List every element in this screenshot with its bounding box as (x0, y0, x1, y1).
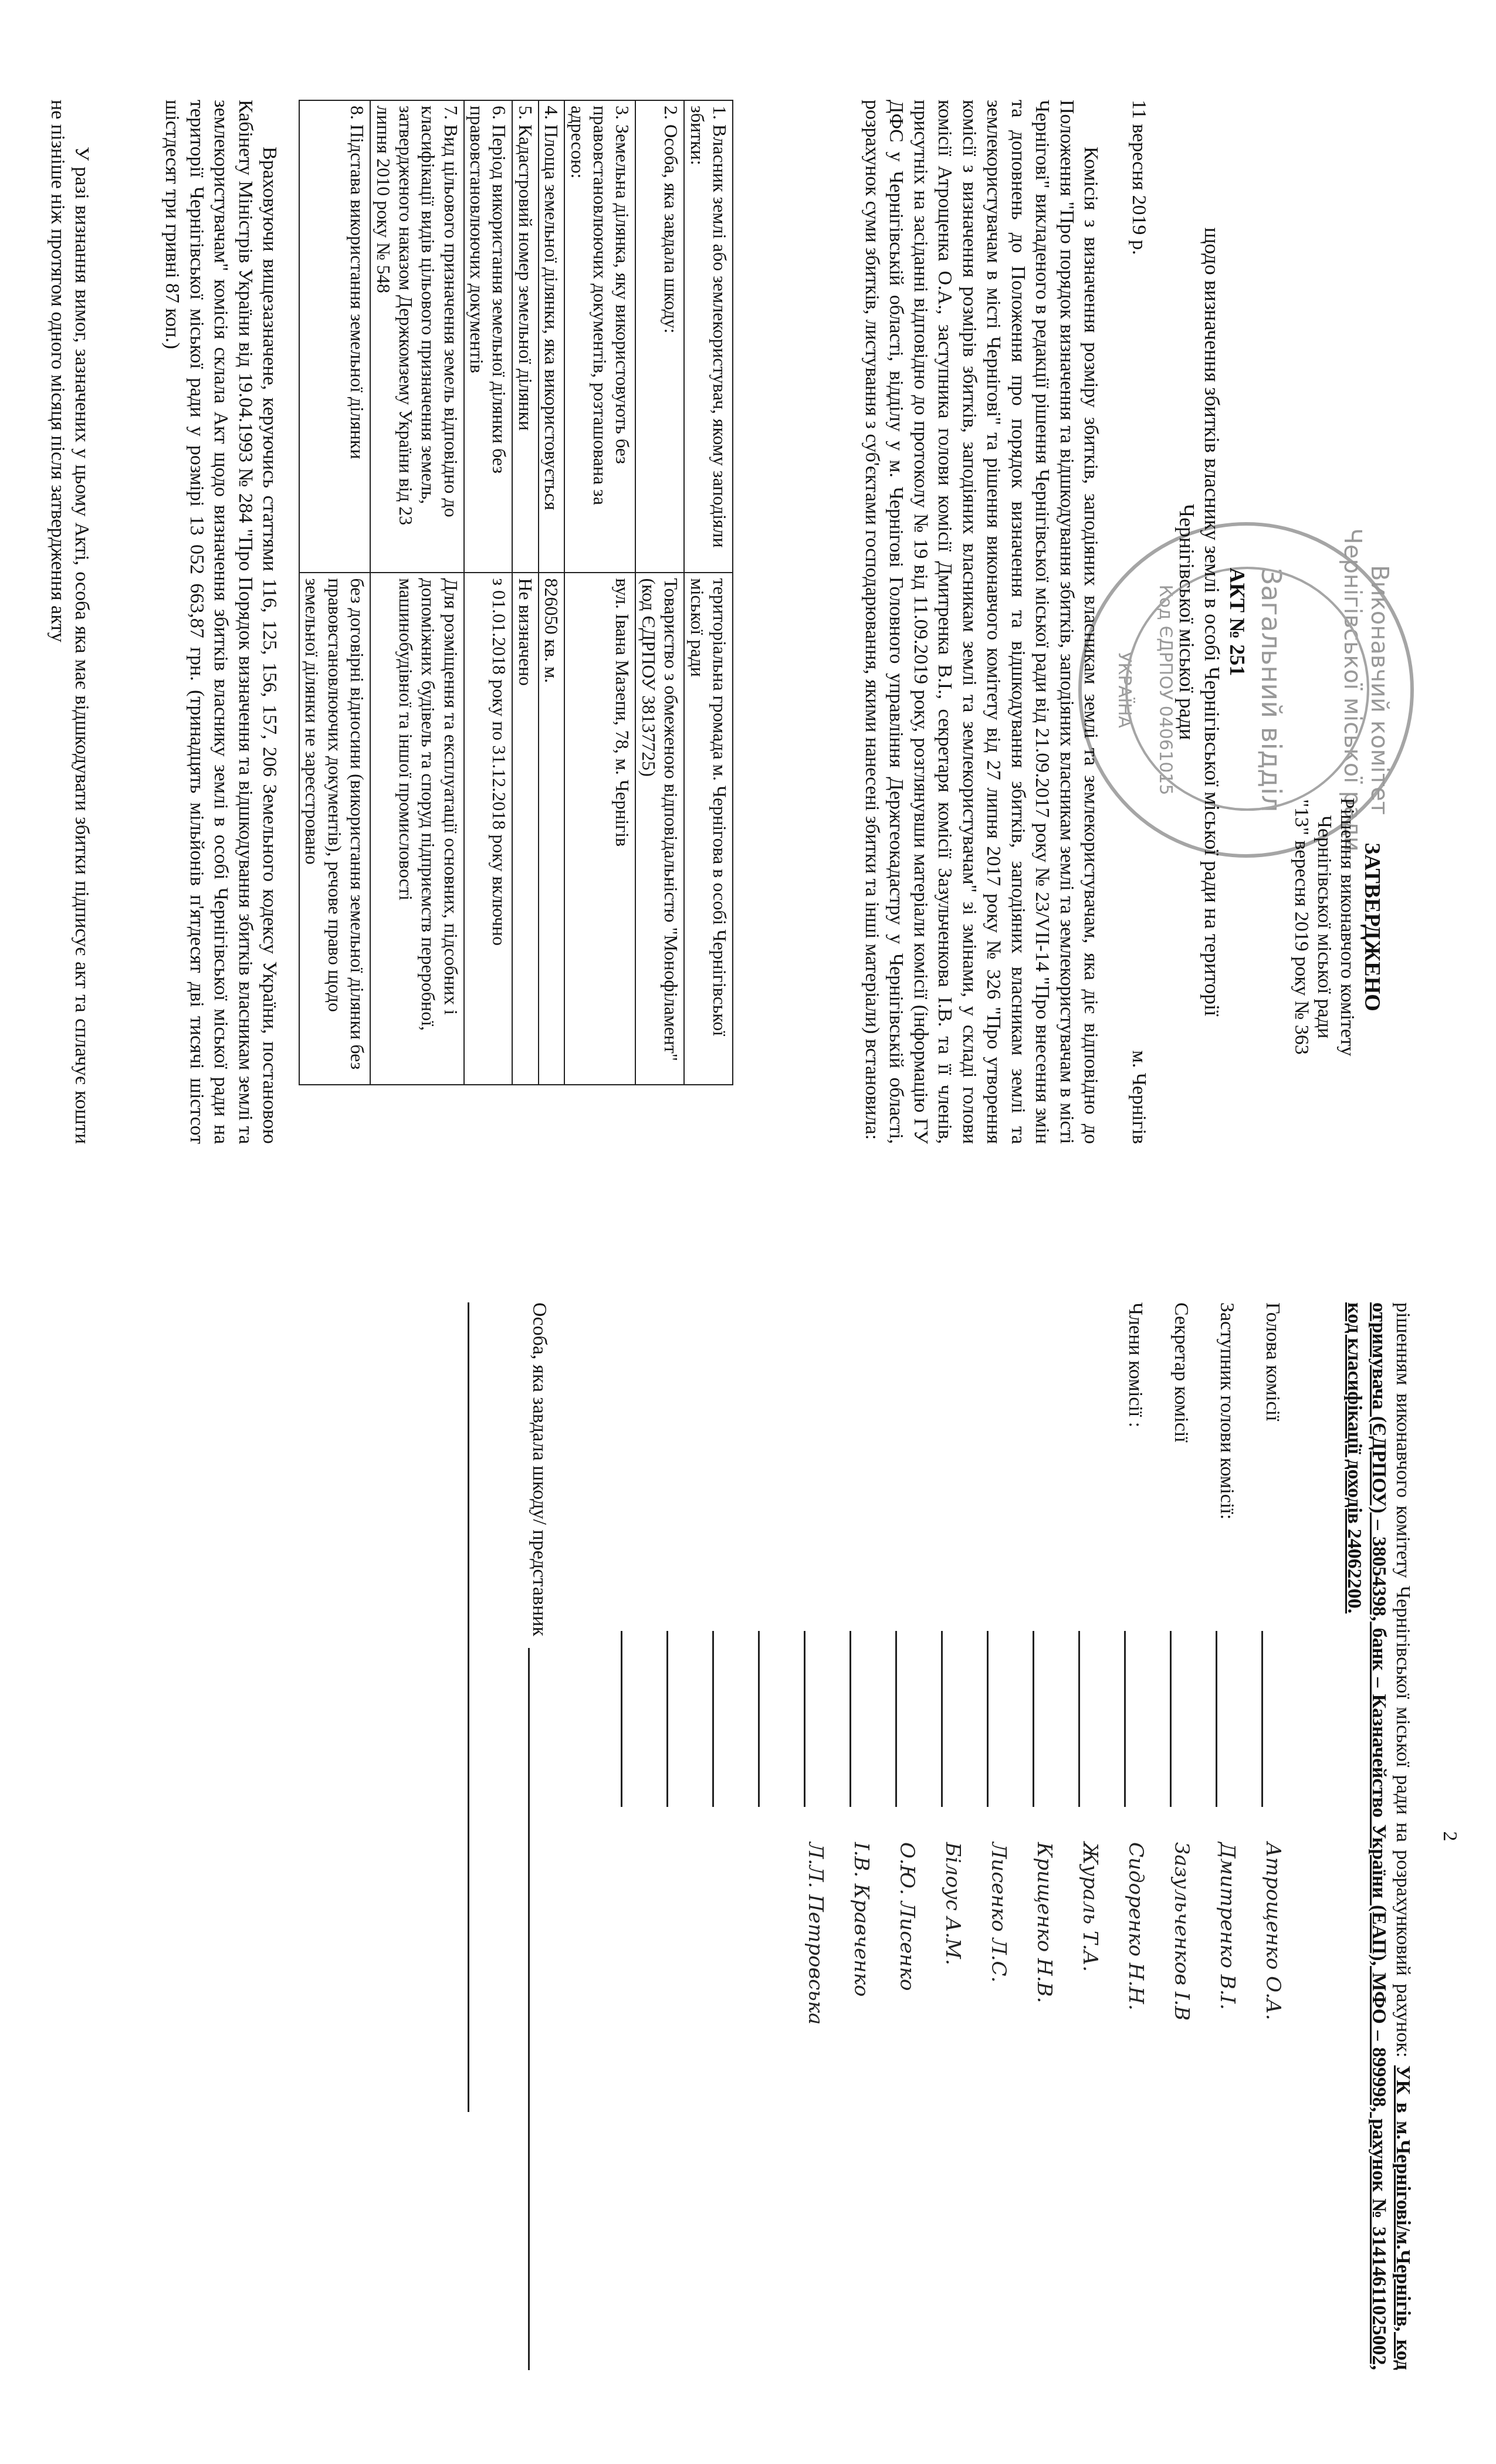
table-row: 5. Кадастровий номер земельної ділянкиНе… (512, 100, 538, 1085)
signature-row: І.В. Кравченко (849, 1302, 895, 2370)
signature-role: Члени комісії : (1124, 1302, 1146, 1631)
approval-title: ЗАТВЕРДЖЕНО (1359, 716, 1385, 1138)
scanned-document-sheet: Виконавчий комітет Чернігівської міської… (0, 0, 1496, 2464)
signatory-name: Жураль Т.А. (1078, 1842, 1102, 2065)
table-value: Товариство з обмеженою відповідальністю … (635, 573, 684, 1085)
signatory-name: Зазульченков І.В (1170, 1842, 1193, 2065)
signatory-name: І.В. Кравченко (849, 1842, 873, 2065)
table-value: Для розміщення та експлуатації основних,… (370, 573, 464, 1085)
approval-line-2: Чернігівської міської ради (1313, 716, 1336, 1138)
signature-line (758, 1631, 783, 1807)
signature-row: Голова комісіїАтрощенко О.А. (1261, 1302, 1307, 2370)
signatory-name: Л.Л. Петровська (804, 1842, 827, 2065)
table-row: 6. Період використання земельної ділянки… (464, 100, 513, 1085)
signature-row: Крищенко Н.В. (1033, 1302, 1078, 2370)
signature-line (804, 1631, 829, 1807)
act-city: м. Чернігів (1128, 1050, 1150, 1144)
blank-line (468, 1302, 481, 2112)
act-subtitle-1: щодо визначення збитків власнику землі в… (1199, 100, 1224, 1144)
approval-block: ЗАТВЕРДЖЕНО Рішення виконавчого комітету… (1290, 716, 1385, 1138)
act-title-block: АКТ № 251 щодо визначення збитків власни… (1173, 100, 1250, 1144)
signatory-name: Дмитренко В.І. (1216, 1842, 1239, 2065)
signature-row: Секретар комісіїЗазульченков І.В (1170, 1302, 1216, 2370)
signature-row (666, 1302, 712, 2370)
page-1: Виконавчий комітет Чернігівської міської… (0, 0, 1496, 1232)
table-key: 3. Земельна ділянка, яку використовують … (564, 100, 635, 573)
signatory-name: Сидоренко Н.Н. (1124, 1842, 1148, 2065)
table-row: 2. Особа, яка завдала шкоду:Товариство з… (635, 100, 684, 1085)
bank-details: рішенням виконавчого комітету Чернігівсь… (1342, 1302, 1415, 2370)
signature-line (666, 1631, 692, 1807)
signature-line (1124, 1631, 1149, 1807)
signature-line (849, 1631, 875, 1807)
intro-paragraph: Комісія з визначення розміру збитків, за… (859, 100, 1103, 1144)
act-date-line: 11 вересня 2019 р. м. Чернігів (1128, 100, 1150, 1144)
signature-line (712, 1631, 737, 1807)
approval-date: "13" вересня 2019 року № 363 (1290, 716, 1313, 1138)
offender-signature: Особа, яка завдала шкоду/ представник (528, 1302, 550, 2370)
act-number: АКТ № 251 (1224, 100, 1250, 1144)
signature-row: Білоус А.М. (941, 1302, 987, 2370)
table-key: 7. Вид цільового призначення земель відп… (370, 100, 464, 573)
signature-row (621, 1302, 666, 2370)
page-2: 2 рішенням виконавчого комітету Чернігів… (0, 1232, 1496, 2464)
page-number: 2 (1439, 1302, 1461, 2370)
table-value: Не визначено (512, 573, 538, 1085)
signatory-name: Білоус А.М. (941, 1842, 964, 2065)
table-value: 826050 кв. м. (539, 573, 564, 1085)
table-key: 5. Кадастровий номер земельної ділянки (512, 100, 538, 573)
table-value: без договірні відносини (використання зе… (299, 573, 370, 1085)
signatory-name: Атрощенко О.А. (1261, 1842, 1285, 2065)
table-key: 6. Період використання земельної ділянки… (464, 100, 513, 573)
signatory-name: Крищенко Н.В. (1033, 1842, 1056, 2065)
signature-line (1170, 1631, 1195, 1807)
signature-row: Жураль Т.А. (1078, 1302, 1124, 2370)
table-key: 2. Особа, яка завдала шкоду: (635, 100, 684, 573)
signature-line (941, 1631, 966, 1807)
signature-row: Лисенко Л.С. (987, 1302, 1033, 2370)
signature-list: Голова комісіїАтрощенко О.А.Заступник го… (621, 1302, 1307, 2370)
signature-row: Заступник голови комісії:Дмитренко В.І. (1216, 1302, 1261, 2370)
table-key: 1. Власник землі або землекористувач, як… (684, 100, 733, 573)
table-row: 1. Власник землі або землекористувач, як… (684, 100, 733, 1085)
offender-label: Особа, яка завдала шкоду/ представник (528, 1302, 550, 1636)
table-row: 7. Вид цільового призначення земель відп… (370, 100, 464, 1085)
bank-text: рішенням виконавчого комітету Чернігівсь… (1392, 1302, 1414, 2066)
act-date: 11 вересня 2019 р. (1128, 100, 1150, 255)
signatory-name: О.Ю. Лисенко (895, 1842, 919, 2065)
signature-line (895, 1631, 920, 1807)
signature-row: О.Ю. Лисенко (895, 1302, 941, 2370)
offender-signature-line (528, 1648, 547, 2370)
approval-line-1: Рішення виконавчого комітету (1336, 716, 1359, 1138)
findings-table: 1. Власник землі або землекористувач, як… (299, 100, 733, 1085)
demand-paragraph: У разі визнання вимог, зазначених у цьом… (45, 100, 94, 1144)
conclusion-paragraph: Враховуючи вищезазначене, керуючись стат… (160, 100, 282, 1144)
signature-line (1033, 1631, 1058, 1807)
signature-line (1078, 1631, 1104, 1807)
signature-row (758, 1302, 804, 2370)
signature-row (712, 1302, 758, 2370)
table-value: вул. Івана Мазепи, 78, м. Чернігів (564, 573, 635, 1085)
table-row: 4. Площа земельної ділянки, яка використ… (539, 100, 564, 1085)
signature-row: Л.Л. Петровська (804, 1302, 849, 2370)
table-key: 8. Підстава використання земельної ділян… (299, 100, 370, 573)
table-value: територіальна громада м. Чернігова в осо… (684, 573, 733, 1085)
table-row: 8. Підстава використання земельної ділян… (299, 100, 370, 1085)
signature-line (621, 1631, 646, 1807)
signature-role: Голова комісії (1261, 1302, 1284, 1631)
table-value: з 01.01.2018 року по 31.12.2018 року вкл… (464, 573, 513, 1085)
act-subtitle-2: Чернігівської міської ради (1173, 100, 1199, 1144)
table-key: 4. Площа земельної ділянки, яка використ… (539, 100, 564, 573)
stamp-code: Код ЄДРПОУ 04061015 (1155, 526, 1176, 854)
signature-line (1216, 1631, 1241, 1807)
stamp-inner-text: Загальний відділ (1255, 526, 1287, 854)
signature-role: Заступник голови комісії: (1216, 1302, 1238, 1631)
signature-role: Секретар комісії (1170, 1302, 1192, 1631)
signatory-name: Лисенко Л.С. (987, 1842, 1010, 2065)
signature-row: Члени комісії :Сидоренко Н.Н. (1124, 1302, 1170, 2370)
signature-line (987, 1631, 1012, 1807)
table-row: 3. Земельна ділянка, яку використовують … (564, 100, 635, 1085)
signature-line (1261, 1631, 1287, 1807)
